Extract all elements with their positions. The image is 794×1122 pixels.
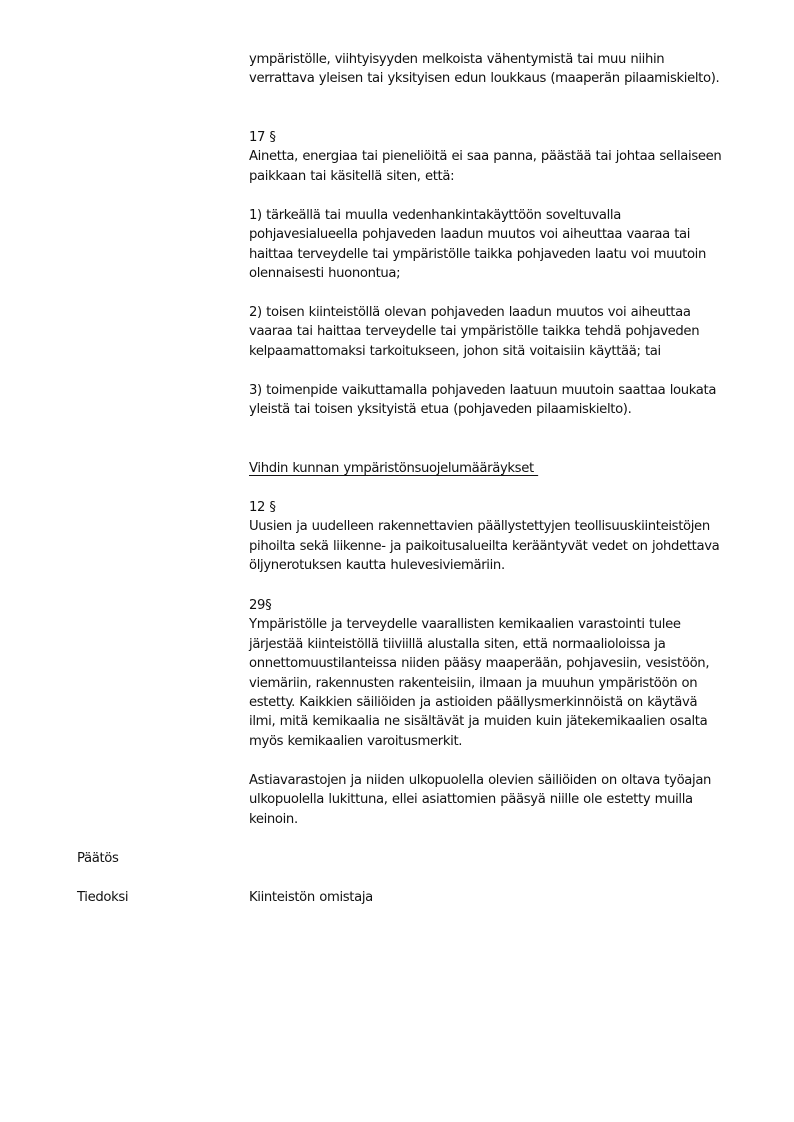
section-17: 17 § Ainetta, energiaa tai pieneliöitä e… (249, 128, 749, 186)
text-line: järjestää kiinteistöllä tiiviillä alusta… (249, 635, 749, 654)
text-line: Astiavarastojen ja niiden ulkopuolella o… (249, 771, 749, 790)
text-line: olennaisesti huonontua; (249, 264, 749, 283)
text-line: viemäriin, rakennusten rakenteisiin, ilm… (249, 674, 749, 693)
text-line: Ympäristölle ja terveydelle vaarallisten… (249, 615, 749, 634)
continuation-paragraph: ympäristölle, viihtyisyyden melkoista vä… (249, 50, 749, 89)
text-line: ulkopuolella lukittuna, ellei asiattomie… (249, 790, 749, 809)
section-12: 12 § Uusien ja uudelleen rakennettavien … (249, 498, 749, 576)
text-line: kelpaamattomaksi tarkoitukseen, johon si… (249, 342, 749, 361)
text-line: haittaa terveydelle tai ympäristölle tai… (249, 245, 749, 264)
notice-value: Kiinteistön omistaja (249, 888, 373, 907)
section-29: 29§ Ympäristölle ja terveydelle vaaralli… (249, 596, 749, 751)
text-line: öljynerotuksen kautta hulevesiviemäriin. (249, 556, 749, 575)
municipal-regulations-heading: Vihdin kunnan ympäristönsuojelumääräykse… (249, 459, 749, 478)
text-line: paikkaan tai käsitellä siten, että: (249, 167, 749, 186)
section-17-item-2: 2) toisen kiinteistöllä olevan pohjavede… (249, 303, 749, 361)
text-line: Ainetta, energiaa tai pieneliöitä ei saa… (249, 147, 749, 166)
text-line: ilmi, mitä kemikaalia ne sisältävät ja m… (249, 712, 749, 731)
text-line: yleistä tai toisen yksityistä etua (pohj… (249, 400, 749, 419)
text-line: keinoin. (249, 810, 749, 829)
text-line: 1) tärkeällä tai muulla vedenhankintakäy… (249, 206, 749, 225)
decision-label: Päätös (77, 849, 119, 868)
text-line: ympäristölle, viihtyisyyden melkoista vä… (249, 50, 749, 69)
text-line: myös kemikaalien varoitusmerkit. (249, 732, 749, 751)
municipal-regulations-heading-block: Vihdin kunnan ympäristönsuojelumääräykse… (249, 459, 749, 478)
text-line: 3) toimenpide vaikuttamalla pohjaveden l… (249, 381, 749, 400)
section-17-item-3: 3) toimenpide vaikuttamalla pohjaveden l… (249, 381, 749, 420)
text-line: Uusien ja uudelleen rakennettavien pääll… (249, 517, 749, 536)
text-line: 2) toisen kiinteistöllä olevan pohjavede… (249, 303, 749, 322)
text-line: pohjavesialueella pohjaveden laadun muut… (249, 225, 749, 244)
text-line: vaaraa tai haittaa terveydelle tai ympär… (249, 322, 749, 341)
section-number: 12 § (249, 498, 749, 517)
document-page: ympäristölle, viihtyisyyden melkoista vä… (0, 0, 794, 1122)
section-17-item-1: 1) tärkeällä tai muulla vedenhankintakäy… (249, 206, 749, 284)
text-line: pihoilta sekä liikenne- ja paikoitusalue… (249, 537, 749, 556)
section-number: 17 § (249, 128, 749, 147)
text-line: estetty. Kaikkien säiliöiden ja astioide… (249, 693, 749, 712)
section-number: 29§ (249, 596, 749, 615)
notice-label: Tiedoksi (77, 888, 128, 907)
section-29-paragraph-2: Astiavarastojen ja niiden ulkopuolella o… (249, 771, 749, 829)
text-line: onnettomuustilanteissa niiden pääsy maap… (249, 654, 749, 673)
text-line: verrattava yleisen tai yksityisen edun l… (249, 69, 749, 88)
